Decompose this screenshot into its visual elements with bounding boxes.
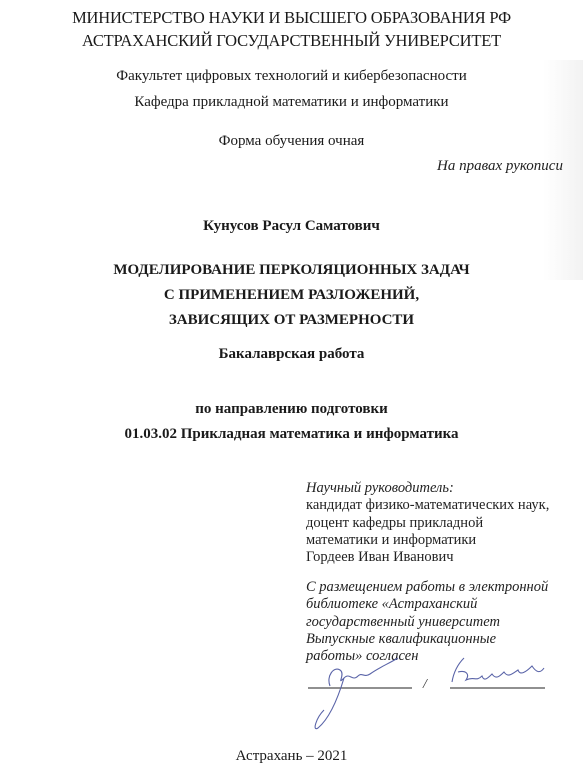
author-name: Кунусов Расул Саматович bbox=[0, 218, 583, 235]
study-form: Форма обучения очная bbox=[0, 133, 583, 150]
manuscript-note: На правах рукописи bbox=[437, 158, 563, 175]
consent-line: Выпускные квалификационные bbox=[306, 631, 548, 648]
signature-area: / Кунусов Р.С bbox=[300, 648, 560, 738]
supervisor-name: Гордеев Иван Иванович bbox=[306, 549, 549, 566]
supervisor-line: кандидат физико-математических наук, bbox=[306, 497, 549, 514]
title-page: МИНИСТЕРСТВО НАУКИ И ВЫСШЕГО ОБРАЗОВАНИЯ… bbox=[0, 0, 583, 784]
ministry-heading: МИНИСТЕРСТВО НАУКИ И ВЫСШЕГО ОБРАЗОВАНИЯ… bbox=[0, 8, 583, 28]
supervisor-line: математики и информатики bbox=[306, 532, 549, 549]
title-line-1: МОДЕЛИРОВАНИЕ ПЕРКОЛЯЦИОННЫХ ЗАДАЧ bbox=[0, 262, 583, 279]
department-name: Кафедра прикладной математики и информат… bbox=[0, 94, 583, 111]
consent-line: С размещением работы в электронной bbox=[306, 579, 548, 596]
supervisor-label: Научный руководитель: bbox=[306, 480, 549, 497]
supervisor-signature bbox=[315, 658, 398, 729]
work-type: Бакалаврская работа bbox=[0, 346, 583, 363]
title-line-3: ЗАВИСЯЩИХ ОТ РАЗМЕРНОСТИ bbox=[0, 312, 583, 329]
signature-separator: / bbox=[422, 677, 428, 692]
consent-line: государственный университет bbox=[306, 614, 548, 631]
direction-value: 01.03.02 Прикладная математика и информа… bbox=[0, 426, 583, 443]
supervisor-block: Научный руководитель: кандидат физико-ма… bbox=[306, 480, 549, 566]
university-heading: АСТРАХАНСКИЙ ГОСУДАРСТВЕННЫЙ УНИВЕРСИТЕТ bbox=[0, 31, 583, 51]
title-line-2: С ПРИМЕНЕНИЕМ РАЗЛОЖЕНИЙ, bbox=[0, 287, 583, 304]
city-year: Астрахань – 2021 bbox=[0, 748, 583, 765]
consent-line: библиотеке «Астраханский bbox=[306, 596, 548, 613]
supervisor-line: доцент кафедры прикладной bbox=[306, 515, 549, 532]
faculty-name: Факультет цифровых технологий и кибербез… bbox=[0, 68, 583, 85]
direction-label: по направлению подготовки bbox=[0, 401, 583, 418]
